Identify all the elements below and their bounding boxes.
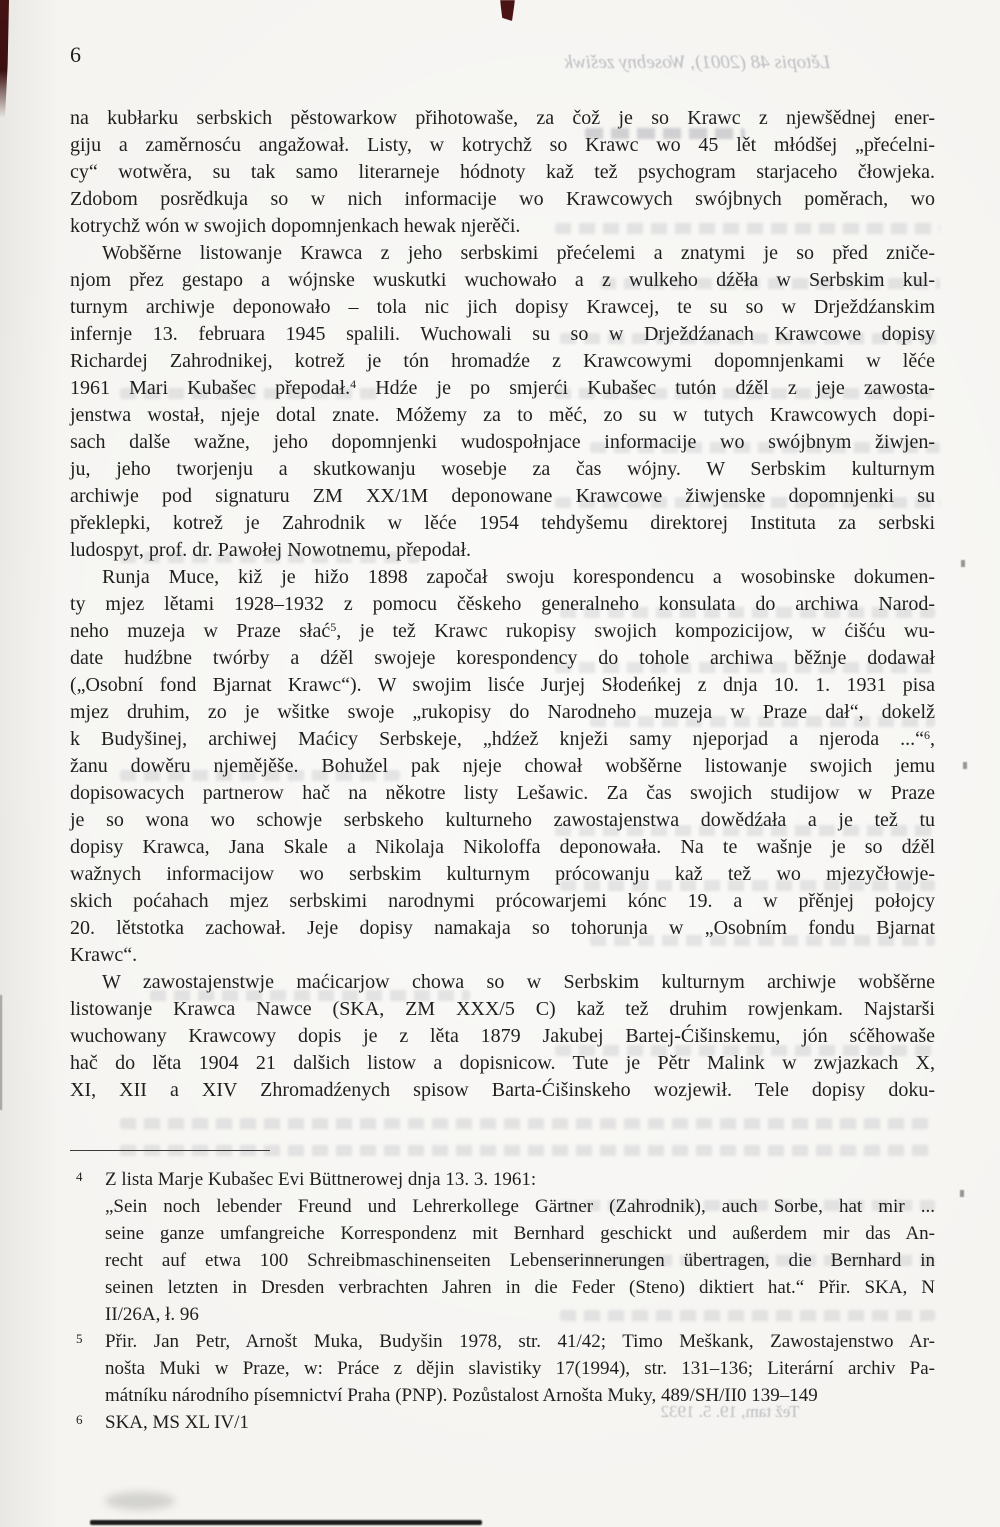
page-background: Lětopis 48 (2001), Wosebny zešiwk Tež ta…: [0, 0, 1000, 1527]
text-line: 1961 Mari Kubašec přepodał.4 Hdźe je po …: [70, 375, 935, 402]
text-line: ju, jeho tworjenju a skutkowanju wosebje…: [70, 456, 935, 483]
text-line: W zawostajenstwje maćicarjow chowa so w …: [70, 969, 935, 996]
text-line: nošta Muki w Praze, w: Práce z dějin sla…: [105, 1355, 935, 1382]
text-line: II/26A, ł. 96: [105, 1301, 935, 1328]
text-line: kotrychž wón w swojich dopomnjenkach hew…: [70, 213, 935, 240]
text-line: překlepki, kotrež je Zahrodnik w lěće 19…: [70, 510, 935, 537]
text-line: mátníku národního písemnictví Praha (PNP…: [105, 1382, 935, 1409]
body-text: na kubłarku serbskich pěstowarkow přihot…: [70, 105, 935, 1104]
footnote-number: 4: [76, 1163, 83, 1190]
footnote: 4Z lista Marje Kubašec Evi Büttnerowej d…: [70, 1166, 935, 1328]
ghost-running-header: Lětopis 48 (2001), Wosebny zešiwk: [555, 52, 840, 74]
footnote: 6SKA, MS XL IV/1: [70, 1409, 935, 1436]
text-line: Z lista Marje Kubašec Evi Büttnerowej dn…: [105, 1166, 935, 1193]
text-line: listowanje Krawca Nawce (SKA, ZM XXX/5 C…: [70, 996, 935, 1023]
scan-edge-artifact-top-left: [0, 0, 9, 118]
footnote-ref: 4: [350, 377, 356, 391]
text-line: archiwje pod signaturu ZM XX/1M deponowa…: [70, 483, 935, 510]
text-line: („Osobní fond Bjarnat Krawc“). W swojim …: [70, 672, 935, 699]
footnote-number: 6: [76, 1406, 83, 1433]
text-line: žanu dowěru njemějěše. Bohužel pak njeje…: [70, 753, 935, 780]
scan-smudge: [105, 1492, 175, 1510]
body-paragraph: na kubłarku serbskich pěstowarkow přihot…: [70, 105, 935, 240]
text-line: date hudźbne twórby a dźěl swojeje kores…: [70, 645, 935, 672]
scan-edge-artifact-top-center: [500, 0, 515, 21]
page-number: 6: [70, 42, 82, 68]
scan-speck: [963, 762, 967, 769]
scan-edge-artifact-bottom: [90, 1520, 482, 1525]
text-line: njom přez gestapo a wójnske wuskutki wuc…: [70, 267, 935, 294]
body-paragraph: Wobšěrne listowanje Krawca z jeho serbsk…: [70, 240, 935, 564]
text-line: 20. lětstotka zachował. Jeje dopisy nama…: [70, 915, 935, 942]
text-line: wažnych informacijow wo serbskim kulturn…: [70, 861, 935, 888]
footnote-ref: 5: [330, 620, 336, 634]
text-line: seinen letzten in Dresden verbrachten Ja…: [105, 1274, 935, 1301]
footnote-separator-rule: [70, 1150, 270, 1151]
text-line: Runja Muce, kiž je hižo 1898 započał swo…: [70, 564, 935, 591]
text-line: k Budyšinej, archiwej Maćicy Serbskeje, …: [70, 726, 935, 753]
text-line: cy“ wotwěra, su tak samo literarneje hód…: [70, 159, 935, 186]
text-line: neho muzeja w Praze słać5, je tež Krawc …: [70, 618, 935, 645]
text-line: SKA, MS XL IV/1: [105, 1409, 935, 1436]
text-line: mjez druhim, zo je wšitke swoje „rukopis…: [70, 699, 935, 726]
bleedthrough-smudge: [120, 1118, 930, 1129]
text-line: „Sein noch lebender Freund und Lehrerkol…: [105, 1193, 935, 1220]
text-line: infernje 13. februara 1945 spalili. Wuch…: [70, 321, 935, 348]
text-line: Richardej Zahrodnikej, kotrež je tón hro…: [70, 348, 935, 375]
text-line: giju a zaměrnosću angažował. Listy, w ko…: [70, 132, 935, 159]
text-line: dopisy Krawca, Jana Skale a Nikolaja Nik…: [70, 834, 935, 861]
text-line: je so wona wo schowje serbskeho kulturne…: [70, 807, 935, 834]
scan-speck: [960, 1190, 964, 1197]
text-line: XI, XII a XIV Zhromadźenych spisow Barta…: [70, 1077, 935, 1104]
text-line: hač do lěta 1904 21 dalšich listow a dop…: [70, 1050, 935, 1077]
footnote: 5Přir. Jan Petr, Arnošt Muka, Budyšin 19…: [70, 1328, 935, 1409]
text-line: dopisowacych partnerow hač na někotre li…: [70, 780, 935, 807]
body-paragraph: Runja Muce, kiž je hižo 1898 započał swo…: [70, 564, 935, 969]
text-line: na kubłarku serbskich pěstowarkow přihot…: [70, 105, 935, 132]
text-line: wuchowany Krawcowy dopis je z lěta 1879 …: [70, 1023, 935, 1050]
scan-speck: [961, 560, 965, 567]
text-line: sach dalše wažne, jeho dopomnjenki wudos…: [70, 429, 935, 456]
footnote-ref: 6: [924, 728, 930, 742]
text-line: ludospyt, prof. dr. Pawołej Nowotnemu, p…: [70, 537, 935, 564]
text-line: Wobšěrne listowanje Krawca z jeho serbsk…: [70, 240, 935, 267]
text-line: Zdobom posrědkuja so w nich informacije …: [70, 186, 935, 213]
text-line: recht auf etwa 100 Schreibmaschinenseite…: [105, 1247, 935, 1274]
text-line: Přir. Jan Petr, Arnošt Muka, Budyšin 197…: [105, 1328, 935, 1355]
text-line: Krawc“.: [70, 942, 935, 969]
scan-edge-artifact-left: [0, 995, 2, 1110]
text-line: ty mjez lětami 1928–1932 z pomocu čěskeh…: [70, 591, 935, 618]
footnotes-block: 4Z lista Marje Kubašec Evi Büttnerowej d…: [70, 1166, 935, 1436]
text-line: seine ganze umfangreiche Korrespondenz m…: [105, 1220, 935, 1247]
text-line: skich poćahach mjez serbskimi narodnymi …: [70, 888, 935, 915]
text-line: jenstwa wostał, njeje dotal znate. Móžem…: [70, 402, 935, 429]
body-paragraph: W zawostajenstwje maćicarjow chowa so w …: [70, 969, 935, 1104]
text-line: turnym archiwje deponowało – tola nic ji…: [70, 294, 935, 321]
footnote-number: 5: [76, 1325, 83, 1352]
